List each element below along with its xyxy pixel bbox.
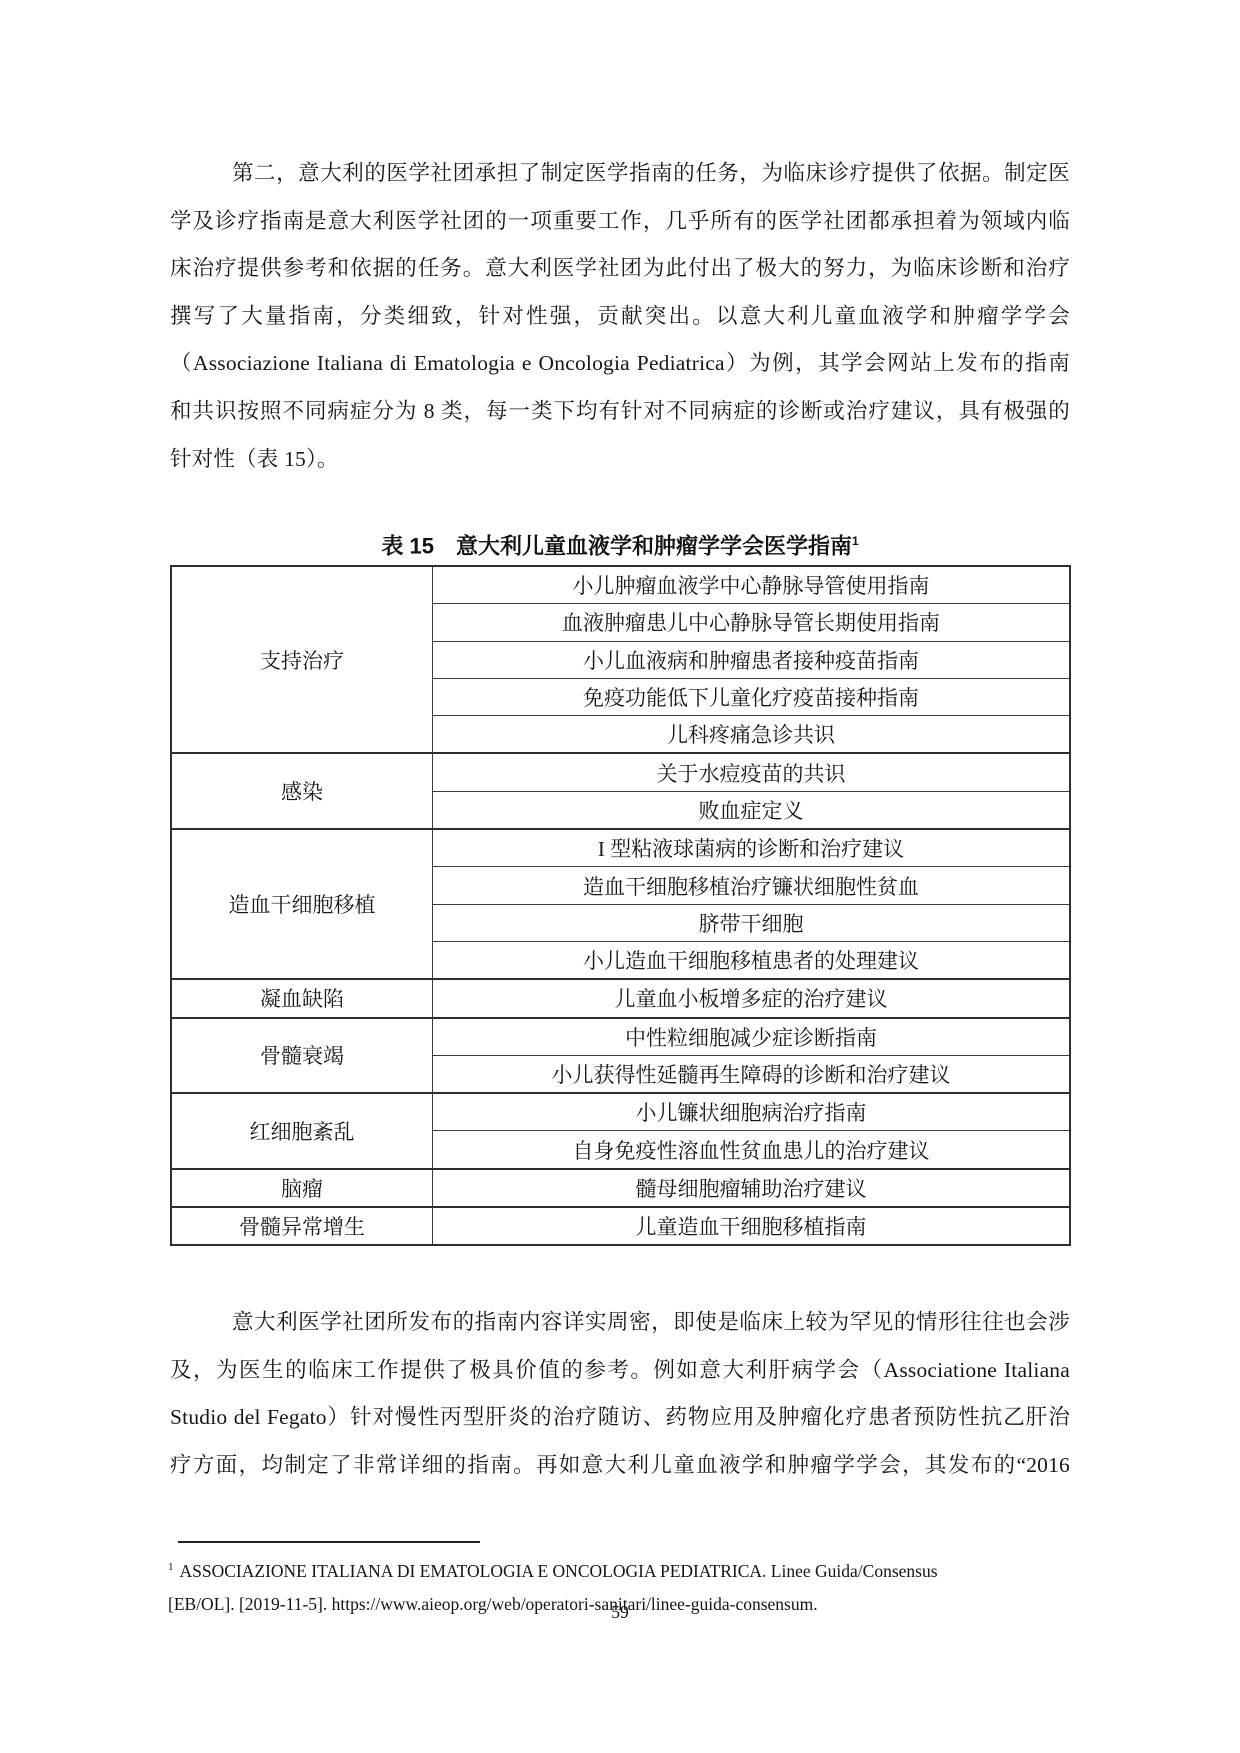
category-cell: 红细胞紊乱 <box>171 1093 433 1169</box>
footnote-marker: 1 <box>168 1561 174 1573</box>
category-cell: 骨髓衰竭 <box>171 1018 433 1094</box>
text-line: 针对性（表 15）。 <box>170 436 1070 484</box>
category-cell: 感染 <box>171 753 433 829</box>
guideline-cell: 中性粒细胞减少症诊断指南 <box>433 1018 1071 1056</box>
footnote-separator <box>178 1541 480 1543</box>
table-row: 感染关于水痘疫苗的共识 <box>171 753 1070 791</box>
text-line: 第二，意大利的医学社团承担了制定医学指南的任务，为临床诊疗提供了依据。制定医 <box>170 150 1070 198</box>
paragraph-2: 意大利医学社团所发布的指南内容详实周密，即使是临床上较为罕见的情形往往也会涉及，… <box>170 1299 1070 1489</box>
guideline-cell: 小儿镰状细胞病治疗指南 <box>433 1093 1071 1131</box>
guideline-cell: 儿童造血干细胞移植指南 <box>433 1207 1071 1245</box>
table-row: 脑瘤髓母细胞瘤辅助治疗建议 <box>171 1169 1070 1207</box>
table-row: 造血干细胞移植I 型粘液球菌病的诊断和治疗建议 <box>171 829 1070 867</box>
guideline-cell: 小儿造血干细胞移植患者的处理建议 <box>433 941 1071 979</box>
text-line: 和共识按照不同病症分为 8 类，每一类下均有针对不同病症的诊断或治疗建议，具有极… <box>170 388 1070 436</box>
text-line: 学及诊疗指南是意大利医学社团的一项重要工作，几乎所有的医学社团都承担着为领域内临 <box>170 198 1070 246</box>
table-row: 红细胞紊乱小儿镰状细胞病治疗指南 <box>171 1093 1070 1131</box>
page-number: 59 <box>0 1602 1240 1623</box>
guideline-cell: 造血干细胞移植治疗镰状细胞性贫血 <box>433 867 1071 904</box>
table-caption: 表 15 意大利儿童血液学和肿瘤学学会医学指南1 <box>170 524 1070 563</box>
guideline-cell: 免疫功能低下儿童化疗疫苗接种指南 <box>433 678 1071 715</box>
guidelines-table: 支持治疗小儿肿瘤血液学中心静脉导管使用指南血液肿瘤患儿中心静脉导管长期使用指南小… <box>170 565 1071 1246</box>
guideline-cell: 自身免疫性溶血性贫血患儿的治疗建议 <box>433 1131 1071 1169</box>
guideline-cell: 败血症定义 <box>433 791 1071 829</box>
guideline-cell: 儿科疼痛急诊共识 <box>433 716 1071 754</box>
guideline-cell: 髓母细胞瘤辅助治疗建议 <box>433 1169 1071 1207</box>
guideline-cell: 小儿获得性延髓再生障碍的诊断和治疗建议 <box>433 1055 1071 1093</box>
paragraph-1: 第二，意大利的医学社团承担了制定医学指南的任务，为临床诊疗提供了依据。制定医学及… <box>170 150 1070 483</box>
guideline-cell: 儿童血小板增多症的治疗建议 <box>433 979 1071 1017</box>
category-cell: 支持治疗 <box>171 566 433 753</box>
guideline-cell: 小儿血液病和肿瘤患者接种疫苗指南 <box>433 641 1071 678</box>
guideline-cell: 血液肿瘤患儿中心静脉导管长期使用指南 <box>433 604 1071 641</box>
caption-footnote-mark: 1 <box>852 534 859 548</box>
text-line: 疗方面，均制定了非常详细的指南。再如意大利儿童血液学和肿瘤学学会，其发布的“20… <box>170 1442 1070 1490</box>
guideline-cell: 脐带干细胞 <box>433 904 1071 941</box>
guideline-cell: 关于水痘疫苗的共识 <box>433 753 1071 791</box>
document-page: 第二，意大利的医学社团承担了制定医学指南的任务，为临床诊疗提供了依据。制定医学及… <box>0 0 1240 1753</box>
text-line: 撰写了大量指南，分类细致，针对性强，贡献突出。以意大利儿童血液学和肿瘤学学会 <box>170 293 1070 341</box>
category-cell: 造血干细胞移植 <box>171 829 433 979</box>
text-line: 床治疗提供参考和依据的任务。意大利医学社团为此付出了极大的努力，为临床诊断和治疗 <box>170 245 1070 293</box>
table-row: 凝血缺陷儿童血小板增多症的治疗建议 <box>171 979 1070 1017</box>
table-caption-text: 表 15 意大利儿童血液学和肿瘤学学会医学指南 <box>381 533 852 558</box>
footnote-line-1: 1ASSOCIAZIONE ITALIANA DI EMATOLOGIA E O… <box>168 1551 1078 1588</box>
category-cell: 骨髓异常增生 <box>171 1207 433 1245</box>
text-line: 及，为医生的临床工作提供了极具价值的参考。例如意大利肝病学会（Associati… <box>170 1347 1070 1395</box>
category-cell: 脑瘤 <box>171 1169 433 1207</box>
text-line: （Associazione Italiana di Ematologia e O… <box>170 340 1070 388</box>
text-line: Studio del Fegato）针对慢性丙型肝炎的治疗随访、药物应用及肿瘤化… <box>170 1394 1070 1442</box>
category-cell: 凝血缺陷 <box>171 979 433 1017</box>
table-row: 支持治疗小儿肿瘤血液学中心静脉导管使用指南 <box>171 566 1070 604</box>
text-line: 意大利医学社团所发布的指南内容详实周密，即使是临床上较为罕见的情形往往也会涉 <box>170 1299 1070 1347</box>
table-row: 骨髓衰竭中性粒细胞减少症诊断指南 <box>171 1018 1070 1056</box>
guideline-cell: 小儿肿瘤血液学中心静脉导管使用指南 <box>433 566 1071 604</box>
table-row: 骨髓异常增生儿童造血干细胞移植指南 <box>171 1207 1070 1245</box>
guideline-cell: I 型粘液球菌病的诊断和治疗建议 <box>433 829 1071 867</box>
footnote-text-1: ASSOCIAZIONE ITALIANA DI EMATOLOGIA E ON… <box>180 1561 938 1581</box>
